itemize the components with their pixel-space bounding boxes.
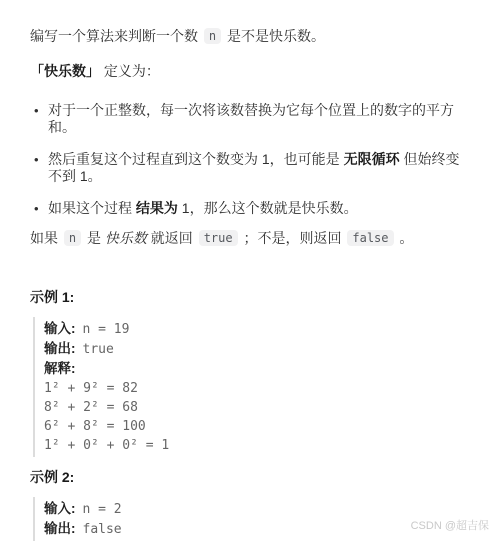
intro-text-1: 编写一个算法来判断一个数 bbox=[30, 28, 202, 44]
code-line-value: 8² + 2² = 68 bbox=[44, 400, 138, 415]
code-line-value: 1² + 0² + 0² = 1 bbox=[44, 438, 169, 453]
return-text-2: 是 bbox=[83, 230, 105, 246]
list-item: • 如果这个过程 结果为 1，那么这个数就是快乐数。 bbox=[30, 200, 468, 217]
code-line-value: n = 19 bbox=[83, 322, 130, 337]
definition-rest: 定义为： bbox=[100, 63, 160, 79]
bullet-text-bold: 结果为 bbox=[136, 200, 178, 216]
list-item-text: 如果这个过程 结果为 1，那么这个数就是快乐数。 bbox=[48, 200, 358, 217]
intro-text-2: 是不是快乐数。 bbox=[223, 28, 325, 44]
code-line-value: n = 2 bbox=[83, 502, 122, 517]
code-line-label: 解释: bbox=[44, 361, 76, 376]
code-line-label: 输出: bbox=[44, 341, 76, 356]
code-line-equation: 6² + 8² = 100 bbox=[44, 417, 468, 436]
code-line-value: 6² + 8² = 100 bbox=[44, 419, 146, 434]
code-line-value: true bbox=[83, 342, 114, 357]
example-2-title: 示例 2: bbox=[30, 469, 468, 486]
bullet-text-pre: 如果这个过程 bbox=[48, 200, 136, 216]
example-1-section: 示例 1: 输入:n = 19 输出:true 解释: 1² + 9² = 82… bbox=[30, 289, 468, 457]
definition-term: 「快乐数」 bbox=[30, 63, 100, 79]
code-line-equation: 8² + 2² = 68 bbox=[44, 398, 468, 417]
bullet-text-bold: 无限循环 bbox=[344, 151, 400, 167]
code-line-value: false bbox=[83, 522, 122, 537]
example-2-code-block: 输入:n = 2 输出:false bbox=[33, 497, 468, 541]
code-line-explanation: 解释: bbox=[44, 359, 468, 379]
code-line-label: 输入: bbox=[44, 501, 76, 516]
example-2-section: 示例 2: 输入:n = 2 输出:false bbox=[30, 469, 468, 541]
code-line-input: 输入:n = 2 bbox=[44, 499, 468, 519]
list-item: • 然后重复这个过程直到这个数变为 1，也可能是 无限循环 但始终变不到 1。 bbox=[30, 151, 468, 185]
bullet-icon: • bbox=[34, 200, 48, 217]
example-1-code-block: 输入:n = 19 输出:true 解释: 1² + 9² = 82 8² + … bbox=[33, 317, 468, 457]
list-item-text: 对于一个正整数，每一次将该数替换为它每个位置上的数字的平方和。 bbox=[48, 102, 468, 136]
definition-bullet-list: • 对于一个正整数，每一次将该数替换为它每个位置上的数字的平方和。 • 然后重复… bbox=[30, 102, 468, 217]
csdn-watermark: CSDN @超吉保 bbox=[411, 517, 489, 533]
inline-code-n: n bbox=[64, 230, 81, 246]
inline-code-true: true bbox=[199, 230, 238, 246]
code-line-value: 1² + 9² = 82 bbox=[44, 381, 138, 396]
return-text-3: 就返回 bbox=[147, 230, 197, 246]
bullet-icon: • bbox=[34, 102, 48, 136]
return-text-4: ；不是，则返回 bbox=[240, 230, 346, 246]
problem-description: 编写一个算法来判断一个数 n 是不是快乐数。 「快乐数」 定义为： • 对于一个… bbox=[0, 0, 492, 541]
code-line-equation: 1² + 9² = 82 bbox=[44, 379, 468, 398]
code-line-equation: 1² + 0² + 0² = 1 bbox=[44, 436, 468, 455]
bullet-icon: • bbox=[34, 151, 48, 185]
code-line-output: 输出:true bbox=[44, 339, 468, 359]
definition-paragraph: 「快乐数」 定义为： bbox=[30, 63, 468, 80]
bullet-text-post: 1，那么这个数就是快乐数。 bbox=[178, 200, 358, 216]
return-text-5: 。 bbox=[396, 230, 414, 246]
return-value-paragraph: 如果 n 是 快乐数 就返回 true ；不是，则返回 false 。 bbox=[30, 230, 468, 247]
code-line-label: 输入: bbox=[44, 321, 76, 336]
list-item: • 对于一个正整数，每一次将该数替换为它每个位置上的数字的平方和。 bbox=[30, 102, 468, 136]
inline-code-false: false bbox=[347, 230, 393, 246]
code-line-label: 输出: bbox=[44, 521, 76, 536]
return-text-1: 如果 bbox=[30, 230, 62, 246]
intro-paragraph: 编写一个算法来判断一个数 n 是不是快乐数。 bbox=[30, 28, 468, 45]
inline-code-n: n bbox=[204, 28, 221, 44]
code-line-output: 输出:false bbox=[44, 519, 468, 539]
list-item-text: 然后重复这个过程直到这个数变为 1，也可能是 无限循环 但始终变不到 1。 bbox=[48, 151, 468, 185]
bullet-text-pre: 对于一个正整数，每一次将该数替换为它每个位置上的数字的平方和。 bbox=[48, 102, 454, 135]
happy-number-term: 快乐数 bbox=[105, 230, 147, 246]
bullet-text-pre: 然后重复这个过程直到这个数变为 1，也可能是 bbox=[48, 151, 344, 167]
code-line-input: 输入:n = 19 bbox=[44, 319, 468, 339]
example-1-title: 示例 1: bbox=[30, 289, 468, 306]
